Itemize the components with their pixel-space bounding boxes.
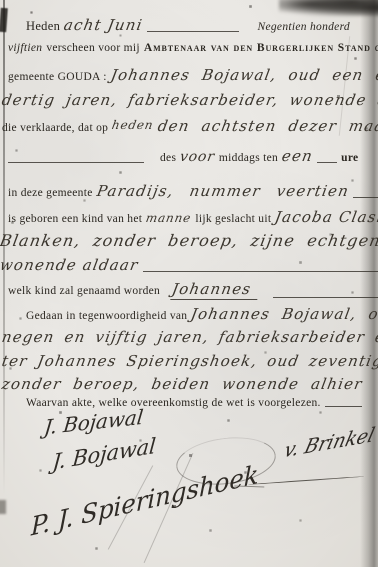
printed-die-verklaarde: die verklaarde, dat op [2,122,108,134]
handwritten-mother-firstnames: Jacoba Clasina [274,208,378,226]
line-declaration: die verklaarde, dat op heden den achtste… [2,117,378,135]
printed-year-words: Negentien honderd [257,21,350,33]
printed-heden: Heden [26,19,60,34]
printed-gemeente-gouda: gemeente GOUDA : [8,71,107,83]
handwritten-witness2-details: ter Johannes Spieringshoek, oud zeventig… [0,352,378,370]
handwritten-heden: heden [111,118,155,132]
line-child-sex-mother: is geboren een kind van het manne lijk g… [8,208,378,226]
printed-ambtenaar-title: Ambtenaar van den Burgerlijken Stand [144,42,371,54]
handwritten-manne: manne [145,211,193,225]
printed-middags-ten: middags ten [219,152,278,164]
line-declarant: gemeente GOUDA : Johannes Bojawal, oud e… [8,66,378,84]
printed-ure: ure [341,152,358,164]
line-closing: Waarvan akte, welke overeenkomstig de we… [26,397,362,409]
printed-lijk-geslacht: lijk geslacht uit [195,213,271,225]
printed-gedaan: Gedaan in tegenwoordigheid van [26,310,187,322]
handwritten-witness1-details: negen en vijftig jaren, fabrieksarbeider… [0,328,378,346]
birth-record-scan: Heden acht Juni Negentien honderd vijfti… [0,0,378,567]
printed-welk-kind: welk kind zal genaamd worden [8,285,160,297]
handwritten-birthdate: den achtsten dezer maand [156,117,378,135]
line-officiant: vijftien verscheen voor mij Ambtenaar va… [8,42,378,54]
line-witness2-details: ter Johannes Spieringshoek, oud zeventig… [2,352,378,370]
handwritten-date: acht Juni [63,16,145,34]
printed-vijftien: vijftien [8,42,42,54]
printed-verscheen: verscheen voor mij [46,42,140,54]
printed-des: des [160,152,176,164]
dust-specks [0,0,1,1]
top-right-smudge [279,0,378,16]
handwritten-child-name: Johannes [170,280,261,300]
printed-waarvan-akte: Waarvan akte, welke overeenkomstig de we… [26,397,321,409]
handwritten-mother-surname-details: Blanken, zonder beroep, zijne echtgenoot… [0,231,378,250]
line-birthplace: in deze gemeente Paradijs, nummer veerti… [8,182,378,200]
blank-rule [353,195,378,198]
blank-rule [273,295,378,298]
line-time: des voor middags ten een ure [8,147,358,165]
line-mother-details: Blanken, zonder beroep, zijne echtgenoot… [0,231,378,250]
blank-rule [317,160,337,163]
printed-is-geboren: is geboren een kind van het [8,213,142,225]
bottom-left-mark [0,500,6,514]
line-witnesses-residence: zonder beroep, beiden wonende alhier [2,375,378,393]
blank-rule [147,29,239,32]
line-date: Heden acht Juni Negentien honderd [26,16,350,34]
line-witnesses-intro: Gedaan in tegenwoordigheid van Johannes … [26,305,378,323]
handwritten-wonende-aldaar: wonende aldaar [0,256,140,274]
handwritten-hour: een [281,147,315,165]
handwritten-declarant-details: dertig jaren, fabrieksarbeider, wonende … [0,91,378,109]
blank-rule [143,269,378,272]
handwritten-witnesses-residence: zonder beroep, beiden wonende alhier [0,375,364,393]
line-witness1-details: negen en vijftig jaren, fabrieksarbeider… [2,328,378,346]
top-left-ink-mark [0,8,8,32]
signature-witness1: J. Bojawal [43,405,145,440]
line-child-name: welk kind zal genaamd worden Johannes [8,280,378,300]
handwritten-address: Paradijs, nummer veertien [95,182,350,200]
line-mother-residence: wonende aldaar [0,256,378,274]
line-declarant-details: dertig jaren, fabrieksarbeider, wonende … [2,91,378,109]
handwritten-declarant-name: Johannes Bojawal, oud een en [109,66,378,84]
registrar-signature-underline [248,476,364,485]
blank-rule [8,160,144,163]
signature-witness2: J. Bojawal [52,434,157,475]
handwritten-voor: voor [179,149,216,165]
blank-rule [325,404,362,407]
printed-in-deze-gemeente: in deze gemeente [8,187,93,199]
handwritten-witness1-name: Johannes Bojawal, oud [190,305,378,323]
